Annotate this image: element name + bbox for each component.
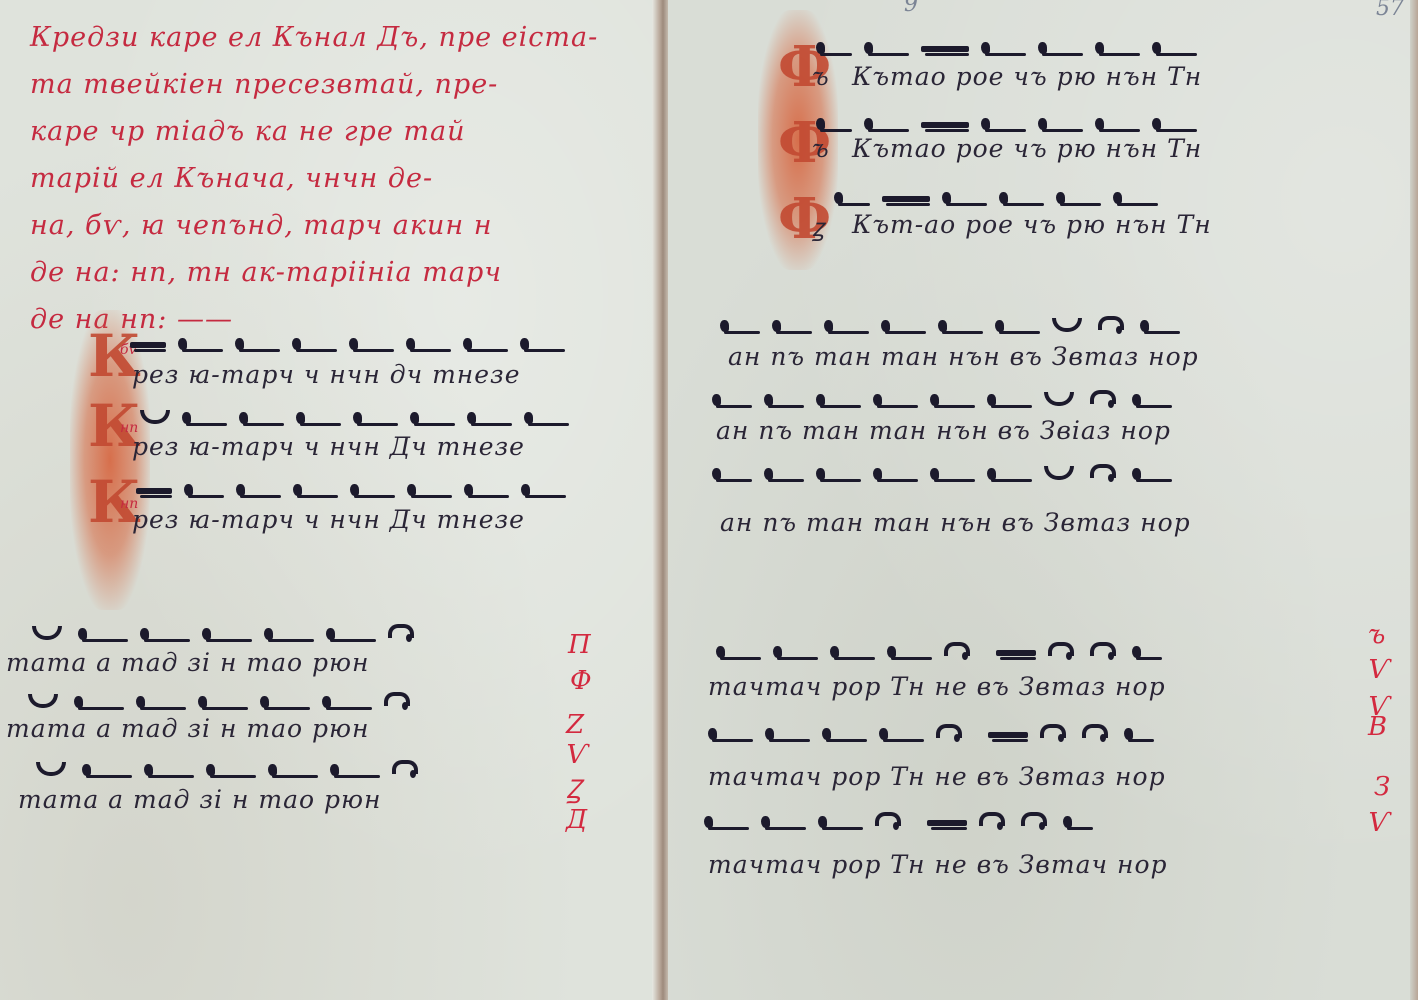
neume-icon xyxy=(130,330,166,352)
neume-row xyxy=(130,322,577,352)
neume-icon xyxy=(1021,808,1051,830)
neume-icon xyxy=(938,312,983,334)
neume-icon xyxy=(830,638,875,660)
neume-icon xyxy=(987,386,1032,408)
neume-icon xyxy=(28,688,62,710)
neume-icon xyxy=(927,808,967,830)
neume-icon xyxy=(350,476,395,498)
neume-icon xyxy=(520,330,565,352)
neume-icon xyxy=(772,312,812,334)
neume-icon xyxy=(178,330,223,352)
neume-icon xyxy=(930,460,975,482)
neume-icon xyxy=(407,476,452,498)
page-edge xyxy=(1410,0,1418,1000)
verse-line: рез ꙗ-тарч ч нчн Дч тнезе xyxy=(132,432,525,461)
neume-icon xyxy=(198,688,248,710)
neume-icon xyxy=(1052,312,1086,334)
margin-mark: В xyxy=(1368,712,1387,742)
neume-icon xyxy=(879,720,924,742)
neume-icon xyxy=(942,184,987,206)
neume-icon xyxy=(136,476,172,498)
neume-icon xyxy=(268,756,318,778)
neume-icon xyxy=(987,460,1032,482)
neume-icon xyxy=(944,638,984,660)
neume-icon xyxy=(834,184,870,206)
neume-icon xyxy=(326,620,376,642)
neume-icon xyxy=(981,110,1026,132)
neume-icon xyxy=(384,688,424,710)
neume-row xyxy=(816,102,1209,132)
neume-icon xyxy=(239,404,284,426)
neume-icon xyxy=(1090,386,1120,408)
verse-line: тачтач рор Тн не въ Звтаз нор xyxy=(708,762,1166,791)
neume-row xyxy=(32,612,440,642)
rubric-text: Кредзи каре ел Кънал Дъ, пре еiста- та т… xyxy=(30,14,650,343)
neume-icon xyxy=(764,386,804,408)
neume-icon xyxy=(410,404,455,426)
neume-row xyxy=(704,800,1105,830)
neume-row xyxy=(834,176,1170,206)
neume-icon xyxy=(822,720,867,742)
neume-icon xyxy=(712,460,752,482)
neume-icon xyxy=(988,720,1028,742)
neume-icon xyxy=(999,184,1044,206)
verse-line: рез ꙗ-тарч ч нчн дч тнезе xyxy=(132,360,521,389)
neume-icon xyxy=(873,386,918,408)
neume-icon xyxy=(1056,184,1101,206)
neume-icon xyxy=(1038,110,1083,132)
suffix: ъ xyxy=(812,62,830,91)
neume-row xyxy=(712,452,1184,482)
verse-line: тачтач рор Тн не въ Звтаз нор xyxy=(708,672,1166,701)
neume-icon xyxy=(1044,460,1078,482)
neume-row xyxy=(136,468,578,498)
neume-icon xyxy=(235,330,280,352)
margin-mark: Ѵ xyxy=(1368,655,1390,685)
neume-icon xyxy=(864,34,909,56)
neume-icon xyxy=(184,476,224,498)
neume-icon xyxy=(1113,184,1158,206)
neume-icon xyxy=(864,110,909,132)
neume-icon xyxy=(816,110,852,132)
neume-icon xyxy=(882,184,930,206)
suffix: ъ xyxy=(812,134,830,163)
neume-icon xyxy=(524,404,569,426)
left-page: Кредзи каре ел Кънал Дъ, пре еiста- та т… xyxy=(0,0,660,1000)
neume-row xyxy=(140,396,581,426)
neume-icon xyxy=(981,34,1026,56)
neume-icon xyxy=(1044,386,1078,408)
neume-row xyxy=(816,26,1209,56)
margin-mark: Ѵ xyxy=(566,740,588,770)
neume-icon xyxy=(264,620,314,642)
neume-icon xyxy=(1095,34,1140,56)
neume-icon xyxy=(921,34,969,56)
neume-icon xyxy=(353,404,398,426)
neume-icon xyxy=(824,312,869,334)
verse-line: Кътао рое чъ рю нън Тн xyxy=(852,62,1202,91)
neume-icon xyxy=(82,756,132,778)
neume-icon xyxy=(881,312,926,334)
right-page: 9 57 Ф Ф Ф ъ Кътао рое чъ рю нън Тн xyxy=(668,0,1418,1000)
neume-icon xyxy=(293,476,338,498)
margin-mark: Д xyxy=(566,805,587,835)
neume-row xyxy=(708,712,1166,742)
neume-icon xyxy=(765,720,810,742)
neume-icon xyxy=(392,756,432,778)
suffix: ꙁ xyxy=(812,210,825,244)
neume-icon xyxy=(463,330,508,352)
neume-icon xyxy=(1124,720,1154,742)
neume-icon xyxy=(716,638,761,660)
ending-line: тата а тад зi н тао рюн xyxy=(6,714,370,743)
neume-icon xyxy=(521,476,566,498)
neume-row xyxy=(36,748,444,778)
verse-line: тачтач рор Тн не въ Звтач нор xyxy=(708,850,1168,879)
neume-icon xyxy=(32,620,66,642)
rubric-line: каре чр тiадъ ка не гре тай xyxy=(30,108,650,155)
neume-icon xyxy=(1040,720,1070,742)
neume-icon xyxy=(1132,386,1172,408)
neume-icon xyxy=(1090,638,1120,660)
margin-mark: ъ xyxy=(1368,620,1385,650)
neume-icon xyxy=(816,34,852,56)
rubric-line: та твейкiен пресезвтай, пре- xyxy=(30,61,650,108)
neume-icon xyxy=(720,312,760,334)
rubric-line: на, бѵ, ꙗ чепънд, тарч акин н xyxy=(30,202,650,249)
neume-icon xyxy=(1038,34,1083,56)
neume-icon xyxy=(322,688,372,710)
neume-icon xyxy=(995,312,1040,334)
top-pencil-mark: 9 xyxy=(904,0,918,17)
margin-mark: Z xyxy=(566,710,584,740)
neume-icon xyxy=(704,808,749,830)
neume-icon xyxy=(1140,312,1180,334)
neume-icon xyxy=(712,386,752,408)
neume-icon xyxy=(1063,808,1093,830)
neume-icon xyxy=(818,808,863,830)
verse-line: Кът-ао рое чъ рю нън Тн xyxy=(852,210,1212,239)
neume-icon xyxy=(236,476,281,498)
margin-mark: Ѵ xyxy=(1368,808,1390,838)
neume-icon xyxy=(996,638,1036,660)
neume-icon xyxy=(930,386,975,408)
neume-row xyxy=(716,630,1174,660)
page-number: 57 xyxy=(1376,0,1404,21)
verse-line: ан пъ тан тан нън въ Звтаз нор xyxy=(720,508,1191,537)
neume-icon xyxy=(1152,34,1197,56)
neume-icon xyxy=(773,638,818,660)
neume-icon xyxy=(464,476,509,498)
neume-icon xyxy=(816,386,861,408)
rubric-line: Кредзи каре ел Кънал Дъ, пре еiста- xyxy=(30,14,650,61)
neume-icon xyxy=(1090,460,1120,482)
neume-icon xyxy=(144,756,194,778)
neume-icon xyxy=(136,688,186,710)
ending-line: тата а тад зi н тао рюн xyxy=(6,648,370,677)
neume-icon xyxy=(140,404,170,426)
manuscript-spread: Кредзи каре ел Кънал Дъ, пре еiста- та т… xyxy=(0,0,1418,1000)
neume-row xyxy=(712,378,1184,408)
margin-mark: Ꙁ xyxy=(566,770,581,806)
neume-icon xyxy=(260,688,310,710)
neume-icon xyxy=(979,808,1009,830)
neume-icon xyxy=(1082,720,1112,742)
rubric-line: де на: нп, тн ак-тарiiнiа тарч xyxy=(30,249,650,296)
neume-icon xyxy=(349,330,394,352)
neume-icon xyxy=(467,404,512,426)
neume-icon xyxy=(887,638,932,660)
neume-icon xyxy=(74,688,124,710)
neume-icon xyxy=(202,620,252,642)
verse-line: Кътао рое чъ рю нън Тн xyxy=(852,134,1202,163)
neume-row xyxy=(720,304,1192,334)
neume-icon xyxy=(388,620,428,642)
neume-icon xyxy=(1132,460,1172,482)
neume-icon xyxy=(761,808,806,830)
neume-icon xyxy=(140,620,190,642)
margin-mark: Ф xyxy=(570,666,592,696)
neume-icon xyxy=(1098,312,1128,334)
neume-icon xyxy=(1048,638,1078,660)
neume-icon xyxy=(936,720,976,742)
neume-icon xyxy=(816,460,861,482)
neume-icon xyxy=(873,460,918,482)
neume-icon xyxy=(1152,110,1197,132)
neume-icon xyxy=(78,620,128,642)
neume-row xyxy=(28,680,436,710)
neume-icon xyxy=(182,404,227,426)
verse-line: ан пъ тан тан нън въ Звiаз нор xyxy=(716,416,1171,445)
neume-icon xyxy=(296,404,341,426)
neume-icon xyxy=(206,756,256,778)
margin-mark: З xyxy=(1374,772,1390,802)
neume-icon xyxy=(875,808,915,830)
margin-mark: П xyxy=(568,630,591,660)
neume-icon xyxy=(36,756,70,778)
neume-icon xyxy=(406,330,451,352)
verse-line: ан пъ тан тан нън въ Звтаз нор xyxy=(728,342,1199,371)
neume-icon xyxy=(708,720,753,742)
neume-icon xyxy=(1132,638,1162,660)
neume-icon xyxy=(764,460,804,482)
neume-icon xyxy=(292,330,337,352)
neume-icon xyxy=(1095,110,1140,132)
verse-line: рез ꙗ-тарч ч нчн Дч тнезе xyxy=(132,505,525,534)
neume-icon xyxy=(330,756,380,778)
rubric-line: тарiй ел Кънача, чнчн де- xyxy=(30,155,650,202)
neume-icon xyxy=(921,110,969,132)
ending-line: тата а тад зi н тао рюн xyxy=(18,785,382,814)
